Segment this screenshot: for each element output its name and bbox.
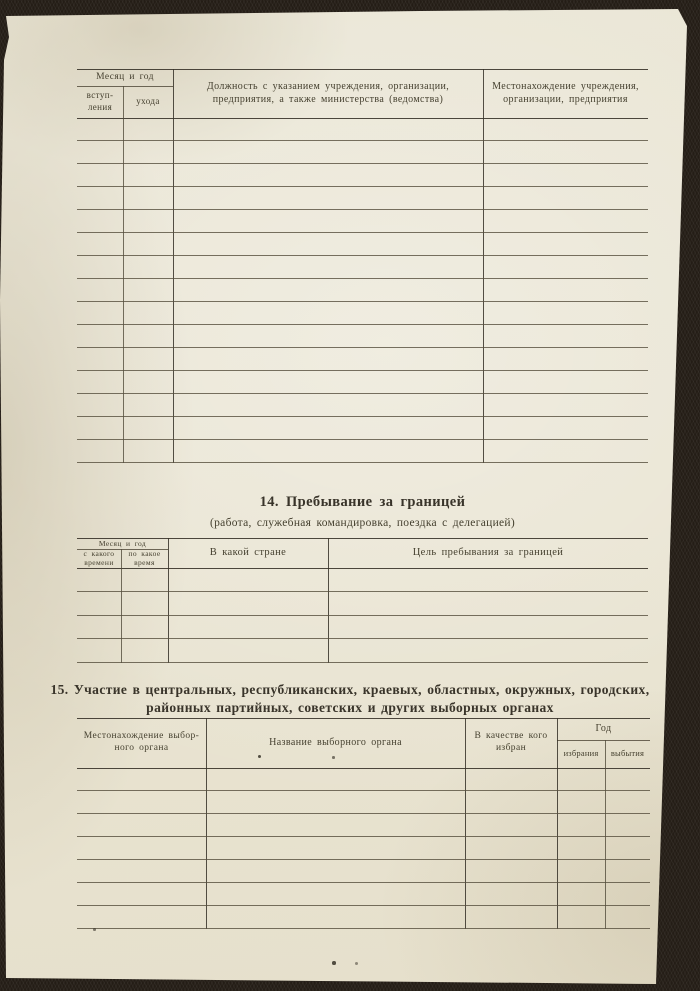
header-year: Год (557, 719, 650, 739)
table-row (77, 371, 648, 394)
table-row (77, 325, 648, 348)
header-purpose: Цель пребывания за границей (328, 538, 648, 568)
table-row (77, 233, 648, 256)
section14-title: 14. Пребывание за границей (77, 494, 648, 511)
print-dot (332, 961, 336, 965)
header-to: по какое время (121, 549, 168, 568)
header-from: с какого времени (77, 549, 121, 568)
table-row (77, 187, 648, 210)
header-month-year: Месяц и год (77, 539, 168, 549)
print-dot (332, 756, 335, 759)
table-row (77, 592, 648, 616)
print-dot (355, 962, 358, 965)
header-left: ухода (123, 86, 173, 117)
section15-title: 15. Участие в центральных, республиканск… (30, 681, 670, 716)
table-row (77, 164, 648, 187)
table-row (77, 210, 648, 233)
elected-bodies-rows (77, 768, 650, 929)
header-position: Должность с указанием учреждения, органи… (173, 69, 483, 118)
print-dot (258, 755, 261, 758)
work-history-table: Месяц и год вступ- ления ухода Должность… (77, 69, 648, 463)
table-row (77, 348, 648, 371)
header-year-elected: избрания (557, 740, 605, 767)
table-row (77, 256, 648, 279)
header-joined: вступ- ления (77, 86, 123, 117)
table-row (77, 906, 650, 929)
table-row (77, 568, 648, 592)
header-year-departed: выбытия (605, 740, 650, 767)
print-dot (93, 928, 96, 931)
table-row (77, 141, 648, 164)
header-role: В качестве кого избран (465, 718, 557, 768)
header-org-name: Название выборного органа (206, 718, 465, 768)
table-row (77, 279, 648, 302)
elected-bodies-table: Местонахождение выбор- ного органа Назва… (77, 718, 650, 929)
header-location: Местонахождение учреждения, организации,… (483, 69, 648, 118)
table-row (77, 837, 650, 860)
header-org-location: Местонахождение выбор- ного органа (77, 718, 206, 768)
table-row (77, 791, 650, 814)
table-row (77, 118, 648, 141)
work-history-rows (77, 118, 648, 463)
table-row (77, 440, 648, 463)
section14-subtitle: (работа, служебная командировка, поездка… (77, 517, 648, 529)
table-row (77, 639, 648, 663)
abroad-rows (77, 568, 648, 663)
table-row (77, 394, 648, 417)
table-row (77, 616, 648, 640)
table-row (77, 883, 650, 906)
form-page: Месяц и год вступ- ления ухода Должность… (0, 0, 700, 991)
header-country: В какой стране (168, 538, 328, 568)
header-month-year: Месяц и год (77, 70, 173, 85)
table-row (77, 302, 648, 325)
table-row (77, 860, 650, 883)
abroad-table: Месяц и год с какого времени по какое вр… (77, 538, 648, 663)
table-row (77, 768, 650, 791)
table-row (77, 814, 650, 837)
table-row (77, 417, 648, 440)
scanned-photo-background: Месяц и год вступ- ления ухода Должность… (0, 0, 700, 991)
